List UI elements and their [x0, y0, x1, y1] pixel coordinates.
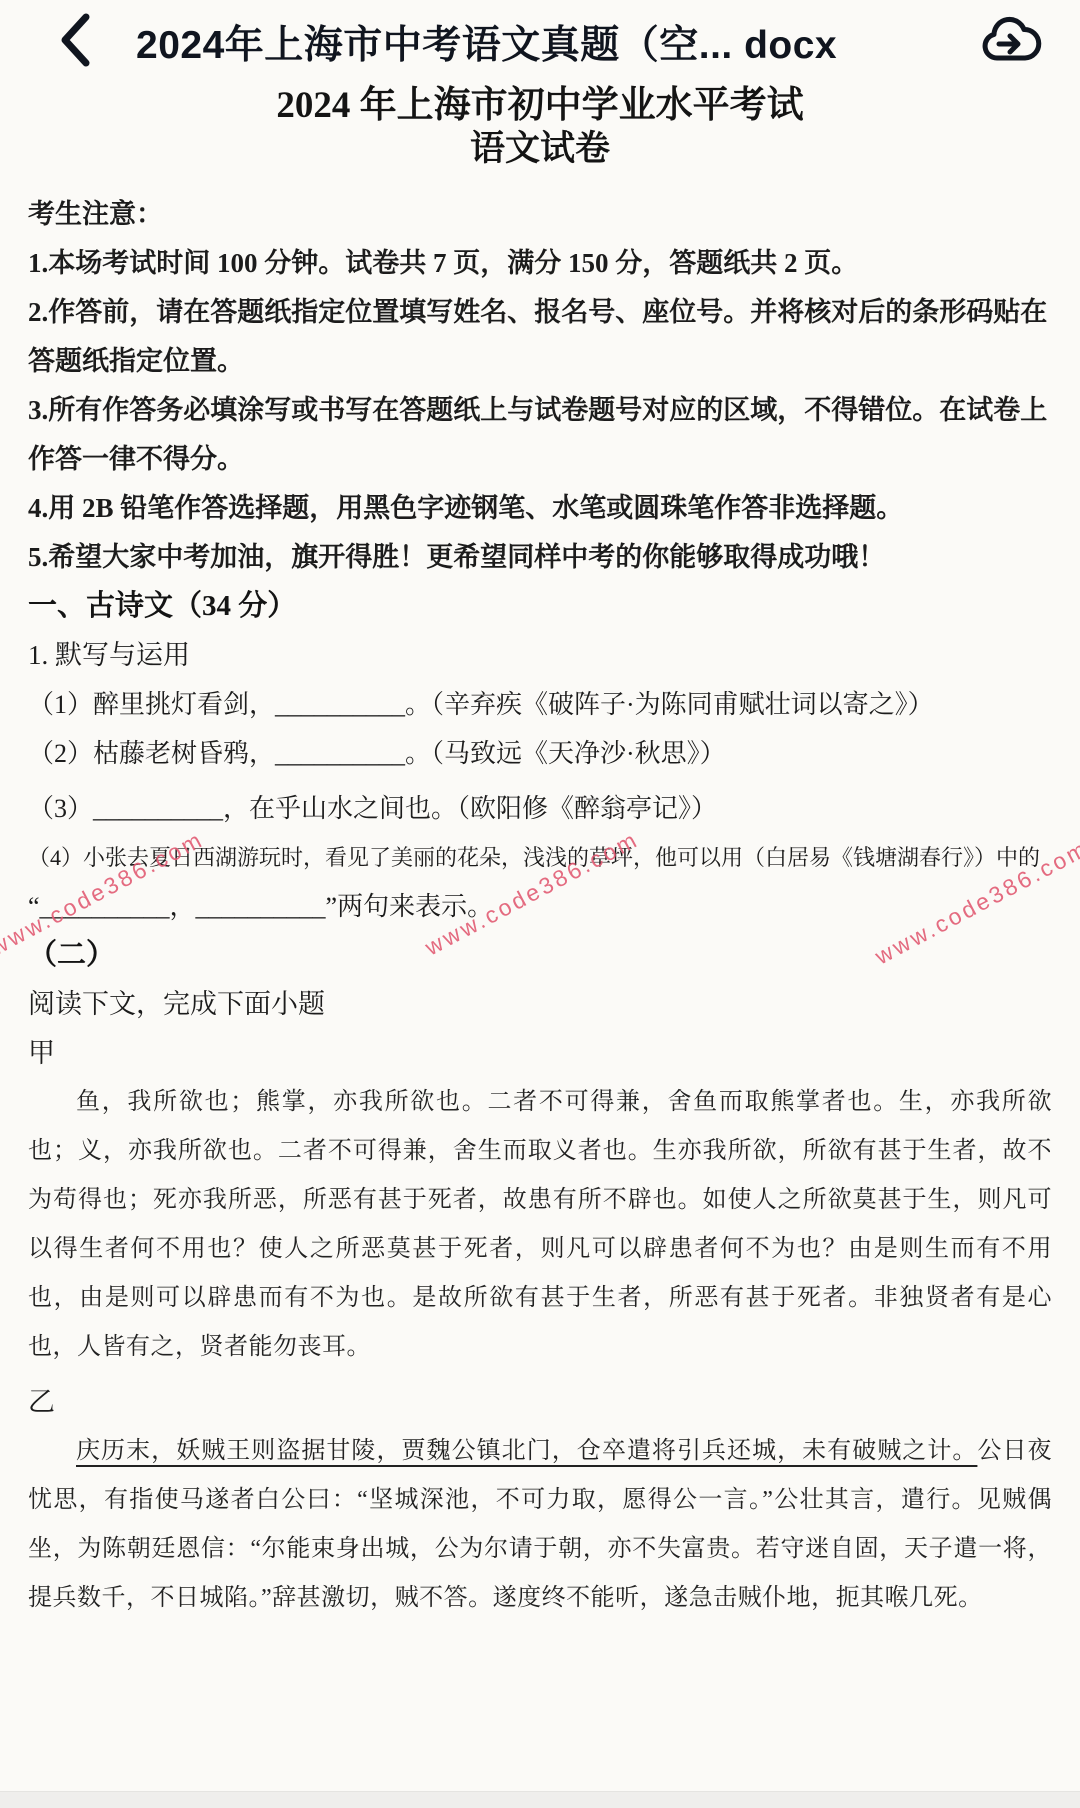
section-two-heading: （二） — [28, 931, 1052, 980]
notice-item-4: 4.用 2B 铅笔作答选择题，用黑色字迹钢笔、水笔或圆珠笔作答非选择题。 — [28, 484, 1052, 533]
passage-a-label: 甲 — [28, 1029, 1052, 1078]
question-item-1: （1）醉里挑灯看剑，__________。（辛弃疾《破阵子·为陈同甫赋壮词以寄之… — [28, 680, 1052, 729]
exam-title: 2024 年上海市初中学业水平考试 — [28, 84, 1052, 128]
notice-item-3: 3.所有作答务必填涂写或书写在答题纸上与试卷题号对应的区域，不得错位。在试卷上作… — [28, 386, 1052, 484]
back-button[interactable] — [58, 12, 110, 72]
cloud-arrow-icon — [975, 10, 1045, 75]
question-item-4-line-2: “__________，__________”两句来表示。 — [28, 882, 1052, 931]
section-one-heading: 一、古诗文（34 分） — [28, 582, 1052, 631]
notice-item-5: 5.希望大家中考加油，旗开得胜！更希望同样中考的你能够取得成功哦！ — [28, 533, 1052, 582]
passage-b-label: 乙 — [28, 1378, 1052, 1427]
passage-b-underlined-sentence: 庆历末，妖贼王则盗据甘陵，贾魏公镇北门，仓卒遣将引兵还城，未有破贼之计。 — [76, 1438, 977, 1464]
notice-item-1: 1.本场考试时间 100 分钟。试卷共 7 页，满分 150 分，答题纸共 2 … — [28, 239, 1052, 288]
question-item-2: （2）枯藤老树昏鸦，__________。（马致远《天净沙·秋思》） — [28, 729, 1052, 778]
bottom-strip — [0, 1791, 1080, 1808]
reading-intro: 阅读下文，完成下面小题 — [28, 980, 1052, 1029]
share-button[interactable] — [972, 8, 1048, 76]
file-title: 2024年上海市中考语文真题（空... docx — [136, 14, 972, 70]
exam-subtitle: 语文试卷 — [28, 128, 1052, 170]
question-item-4-line-1: （4）小张去夏日西湖游玩时，看见了美丽的花朵，浅浅的草坪，他可以用（白居易《钱塘… — [28, 833, 1052, 882]
notice-item-2: 2.作答前，请在答题纸指定位置填写姓名、报名号、座位号。并将核对后的条形码贴在答… — [28, 288, 1052, 386]
chevron-left-icon — [58, 12, 92, 73]
passage-b-text: 庆历末，妖贼王则盗据甘陵，贾魏公镇北门，仓卒遣将引兵还城，未有破贼之计。公日夜忧… — [28, 1427, 1052, 1623]
question-item-3: （3）__________，在乎山水之间也。（欧阳修《醉翁亭记》） — [28, 784, 1052, 833]
passage-a-text: 鱼，我所欲也；熊掌，亦我所欲也。二者不可得兼，舍鱼而取熊掌者也。生，亦我所欲也；… — [28, 1078, 1052, 1372]
app-header: 2024年上海市中考语文真题（空... docx — [0, 0, 1080, 84]
notice-heading: 考生注意： — [28, 190, 1052, 239]
question-one-heading: 1. 默写与运用 — [28, 631, 1052, 680]
document-viewport[interactable]: 2024 年上海市初中学业水平考试 语文试卷 考生注意： 1.本场考试时间 10… — [0, 84, 1080, 1623]
